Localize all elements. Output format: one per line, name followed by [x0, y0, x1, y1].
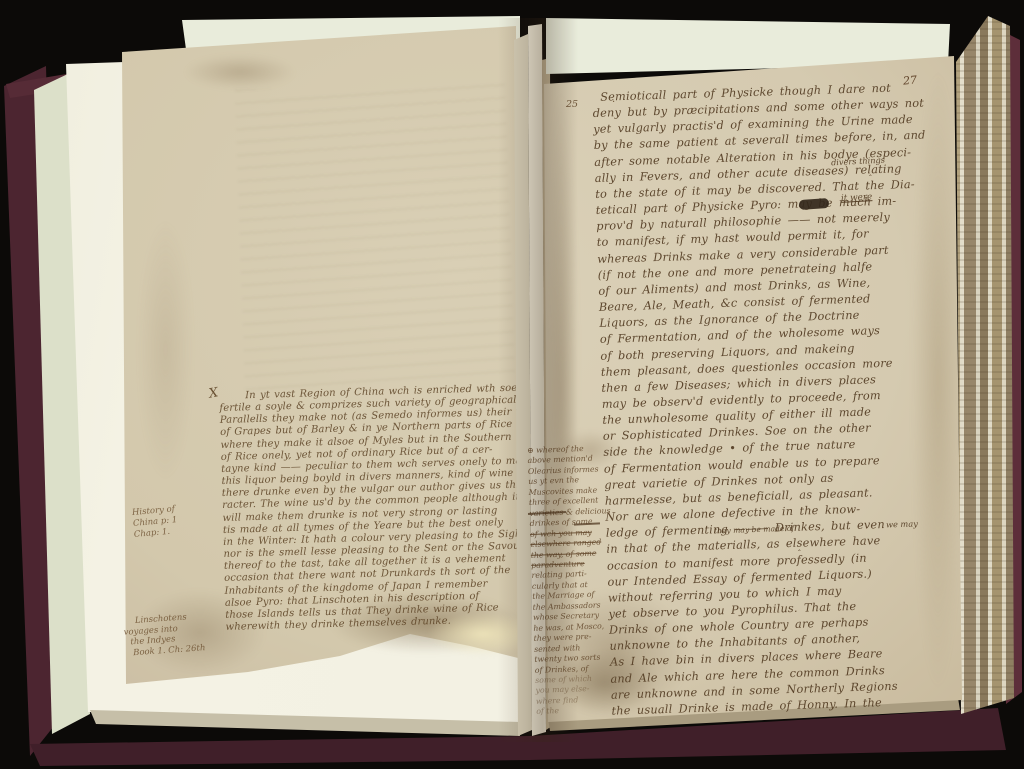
margin-note-history-of-china: History of China p: 1 Chap: 1. [132, 504, 179, 541]
ink-showthrough [235, 80, 515, 389]
manuscript-book-photo: X In yt vast Region of China wch is enri… [0, 0, 1024, 769]
margin-note-linschoten: Linschotens voyages into the Indyes Book… [123, 611, 206, 659]
caret-mark: ‸ [869, 167, 872, 176]
interlinear-insertion: we may [886, 518, 918, 529]
ink-blot [799, 198, 830, 210]
right-page-text-block: Semioticall part of Physicke though I da… [592, 79, 974, 720]
stain [185, 55, 295, 89]
interlinear-insertion: it were [841, 192, 873, 204]
left-page-text-block: In yt vast Region of China wch is enrich… [219, 382, 531, 634]
stain [138, 220, 193, 480]
gutter-shadow [498, 18, 578, 742]
caret-mark: ‸ [798, 542, 801, 551]
